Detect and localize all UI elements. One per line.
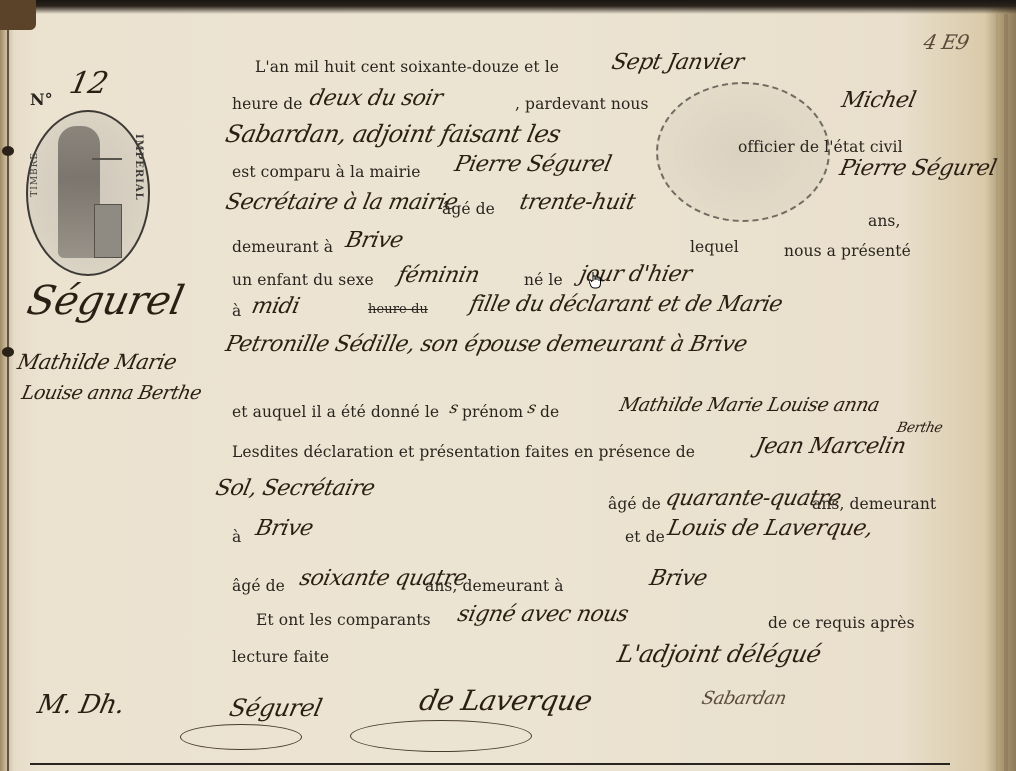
signature-3: de Laverque — [416, 684, 594, 717]
printed-text: ans, — [868, 212, 901, 230]
signature-flourish — [180, 724, 302, 750]
printed-text: demeurant à — [232, 238, 333, 256]
handwritten-witness-1-occupation: Sol, Secrétaire — [213, 476, 377, 501]
handwritten-residence: Brive — [343, 228, 405, 253]
printed-text: à — [232, 302, 241, 320]
page-edge — [996, 14, 998, 771]
handwritten-age: trente-huit — [517, 190, 637, 215]
binding-stitch — [2, 146, 14, 156]
printed-text: prénom — [462, 403, 523, 421]
printed-text: heure de — [232, 95, 303, 113]
struck-text: heure du — [368, 302, 428, 317]
handwritten-birth-hour: midi — [249, 294, 301, 319]
printed-text: Lesdites déclaration et présentation fai… — [232, 443, 695, 461]
stamp-value-box — [94, 204, 122, 258]
spine-line — [7, 30, 9, 771]
margin-surname: Ségurel — [23, 278, 187, 324]
imperial-tax-stamp: TIMBRE IMPÉRIAL — [26, 110, 150, 276]
printed-text: ans, demeurant — [812, 495, 936, 513]
printed-text: L'an mil huit cent soixante-douze et le — [255, 58, 559, 76]
handwritten-witness-2-residence: Brive — [647, 566, 709, 591]
printed-text: ans, demeurant à — [425, 577, 564, 595]
handwritten-witness-1-residence: Brive — [253, 516, 315, 541]
handwritten-declarant: Pierre Ségurel — [452, 152, 613, 177]
signature-4: Sabardan — [700, 688, 788, 709]
top-shadow — [0, 0, 1016, 14]
printed-text: Et ont les comparants — [256, 611, 431, 629]
printed-text: lecture faite — [232, 648, 329, 666]
printed-text: âgé de — [232, 577, 285, 595]
printed-text: lequel — [690, 238, 739, 256]
printed-text: est comparu à la mairie — [232, 163, 421, 181]
handwritten-surname: Pierre Ségurel — [837, 156, 998, 181]
register-page: 4 E9 N° 12 TIMBRE IMPÉRIAL Ségurel Mathi… — [0, 0, 1016, 771]
handwritten-officer-firstname: Michel — [839, 88, 917, 113]
stamp-right-text: IMPÉRIAL — [133, 134, 144, 201]
printed-text: de ce requis après — [768, 614, 915, 632]
printed-text: un enfant du sexe — [232, 271, 374, 289]
printed-text: né le — [524, 271, 563, 289]
printed-text: de — [540, 403, 559, 421]
handwritten-witness-1: Jean Marcelin — [753, 434, 908, 459]
printed-text: âgé de — [442, 200, 495, 218]
margin-given-names-1: Mathilde Marie — [15, 350, 178, 374]
handwritten-parentage: fille du déclarant et de Marie — [467, 292, 784, 317]
handwritten-occupation: Secrétaire à la mairie — [223, 190, 460, 215]
page-edge — [1004, 14, 1008, 771]
signature-flourish — [350, 720, 532, 752]
hand-cursor-icon — [589, 271, 603, 289]
handwritten-date: Sept Janvier — [609, 50, 745, 75]
handwritten-plural: s — [526, 398, 538, 417]
handwritten-mother: Petronille Sédille, son épouse demeurant… — [223, 332, 749, 357]
printed-text: , pardevant nous — [515, 95, 649, 113]
record-separator-line — [30, 763, 950, 765]
handwritten-plural: s — [448, 398, 460, 417]
handwritten-witness-2: Louis de Laverque, — [665, 516, 875, 541]
record-number: 12 — [66, 66, 111, 101]
stamp-left-text: TIMBRE — [30, 152, 40, 197]
binding-tab — [0, 0, 36, 30]
printed-text: et auquel il a été donné le — [232, 403, 439, 421]
handwritten-sex: féminin — [395, 263, 481, 288]
handwritten-hour: deux du soir — [307, 86, 444, 111]
printed-text: nous a présenté — [784, 242, 911, 260]
handwritten-signed: signé avec nous — [455, 602, 630, 627]
handwritten-officer-title: L'adjoint délégué — [615, 640, 823, 668]
printed-text: et de — [625, 528, 665, 546]
margin-given-names-2: Louise anna Berthe — [20, 382, 204, 404]
handwritten-given-names: Mathilde Marie Louise anna — [618, 394, 882, 416]
printed-text: âgé de — [608, 495, 661, 513]
handwritten-officer: Sabardan, adjoint faisant les — [223, 120, 563, 148]
corner-annotation: 4 E9 — [921, 30, 971, 54]
binding-stitch — [2, 347, 14, 357]
signature-1: M. Dh. — [35, 690, 127, 720]
record-number-label: N° — [30, 90, 53, 109]
signature-2: Ségurel — [227, 694, 324, 722]
scales-icon — [92, 142, 122, 160]
printed-text: officier de l'état civil — [738, 138, 903, 156]
printed-text: à — [232, 528, 241, 546]
